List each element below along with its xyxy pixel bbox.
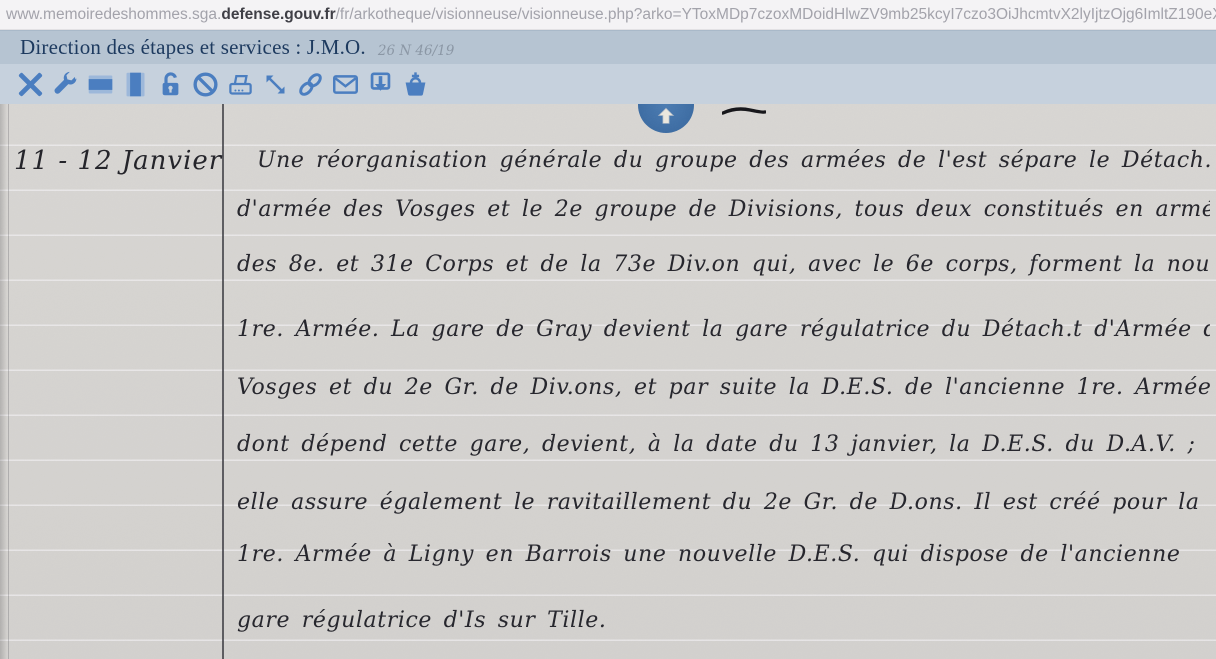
up-arrow-icon — [655, 104, 677, 130]
title-bar: Direction des étapes et services : J.M.O… — [0, 30, 1216, 64]
wrench-icon — [52, 71, 79, 98]
entry-date: 11 - 12 Janvier — [14, 146, 214, 176]
portrait-view-button[interactable] — [121, 69, 149, 99]
landscape-view-button[interactable] — [86, 69, 114, 99]
close-icon — [17, 71, 44, 98]
handwritten-line: gare régulatrice d'Is sur Tille. — [237, 608, 1210, 648]
url-prefix: www.memoiredeshommes.sga. — [6, 6, 221, 24]
handwritten-line: 1re. Armée. La gare de Gray devient la g… — [237, 317, 1210, 357]
diagonal-resize-icon — [262, 71, 289, 98]
printer-icon — [227, 71, 254, 98]
handwritten-line: Une réorganisation générale du groupe de… — [237, 148, 1210, 188]
handwritten-line: Vosges et du 2e Gr. de Div.ons, et par s… — [237, 375, 1210, 415]
envelope-icon — [332, 71, 359, 98]
unlock-icon — [157, 71, 184, 98]
viewer-window: www.memoiredeshommes.sga.defense.gouv.fr… — [0, 0, 1216, 659]
prohibition-icon — [192, 71, 219, 98]
link-button[interactable] — [296, 69, 324, 99]
ink-stroke-mark — [722, 104, 766, 122]
resize-button[interactable] — [261, 69, 289, 99]
url-path: /fr/arkotheque/visionneuse/visionneuse.p… — [336, 6, 1216, 24]
mail-button[interactable] — [331, 69, 359, 99]
left-margin-line — [8, 104, 9, 659]
tools-button[interactable] — [51, 69, 79, 99]
download-icon — [367, 71, 394, 98]
date-column-rule — [222, 104, 224, 659]
scroll-up-button[interactable] — [638, 104, 694, 133]
block-button[interactable] — [191, 69, 219, 99]
handwritten-line: dont dépend cette gare, devient, à la da… — [237, 432, 1210, 472]
link-icon — [297, 71, 324, 98]
landscape-image-icon — [87, 71, 114, 98]
portrait-image-icon — [122, 71, 149, 98]
handwritten-line: des 8e. et 31e Corps et de la 73e Div.on… — [237, 252, 1210, 292]
address-bar[interactable]: www.memoiredeshommes.sga.defense.gouv.fr… — [0, 0, 1216, 30]
ruled-lines — [0, 104, 1216, 659]
viewer-toolbar — [0, 64, 1216, 104]
basket-add-icon — [402, 71, 429, 98]
handwritten-line: 1re. Armée à Ligny en Barrois une nouvel… — [237, 542, 1210, 582]
url-domain: defense.gouv.fr — [221, 6, 335, 24]
archive-reference: 26 N 46/19 — [378, 43, 454, 59]
close-button[interactable] — [16, 69, 44, 99]
download-button[interactable] — [366, 69, 394, 99]
handwritten-line: elle assure également le ravitaillement … — [237, 490, 1210, 530]
document-viewer[interactable]: 11 - 12 Janvier Une réorganisation génér… — [0, 104, 1216, 659]
page-title: Direction des étapes et services : J.M.O… — [20, 35, 366, 60]
handwritten-line: d'armée des Vosges et le 2e groupe de Di… — [237, 197, 1210, 237]
paper-grain-texture — [0, 104, 1216, 659]
print-button[interactable] — [226, 69, 254, 99]
unlock-button[interactable] — [156, 69, 184, 99]
add-to-basket-button[interactable] — [401, 69, 429, 99]
scan-left-edge — [0, 104, 7, 659]
